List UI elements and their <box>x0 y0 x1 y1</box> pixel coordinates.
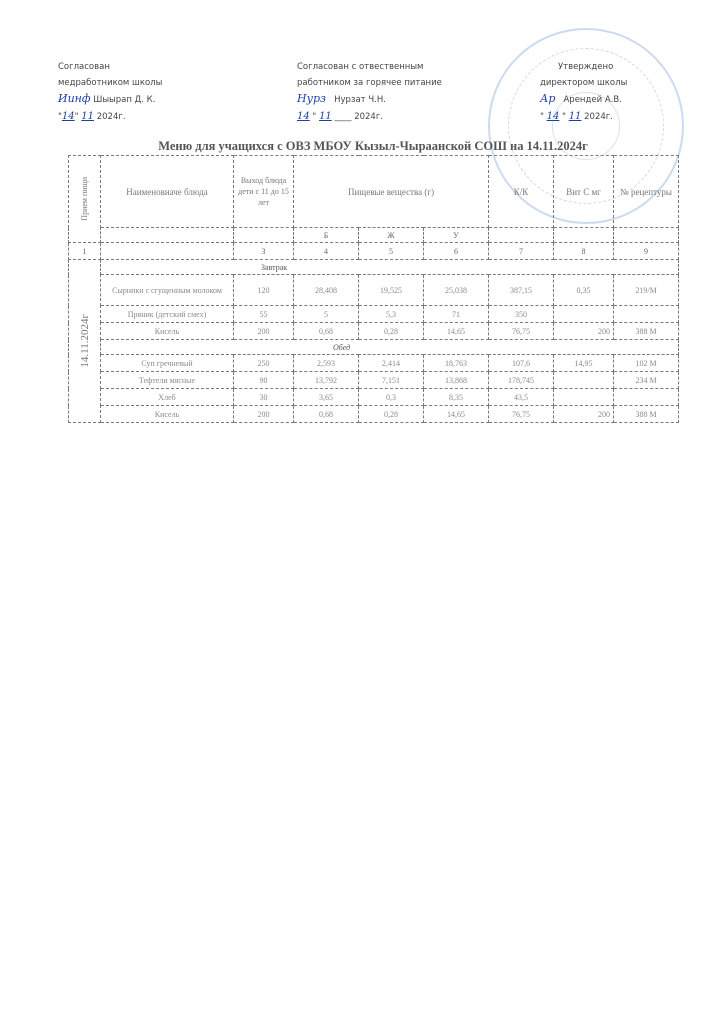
approver-name: Нурзат Ч.Н. <box>334 95 386 105</box>
portion: 120 <box>234 275 294 306</box>
menu-item-row: Кисель2000,680,2814,6576,75200388 М <box>69 323 679 340</box>
col-num: 8 <box>554 243 614 260</box>
approval-role: медработником школы <box>58 76 162 92</box>
nutrient-letters-row: Б Ж У <box>69 228 679 243</box>
recipe-number: 102 М <box>614 355 679 372</box>
meal-label: Завтрак <box>101 260 679 275</box>
menu-item-row: Тефтели мясные9013,7927,15113,868178,745… <box>69 372 679 389</box>
vitamin-c: 14,95 <box>554 355 614 372</box>
approval-month: 11 <box>81 111 94 122</box>
header-nutrients: Пищевые вещества (г) <box>294 156 489 228</box>
vitamin-c: 0,35 <box>554 275 614 306</box>
vitamin-c: 200 <box>554 406 614 423</box>
approval-year: 2024г. <box>354 112 383 122</box>
signature: Ар <box>540 92 555 105</box>
fat: 7,151 <box>359 372 424 389</box>
menu-item-row: Хлеб303,650,38,3543,5 <box>69 389 679 406</box>
kcal: 76,75 <box>489 323 554 340</box>
menu-item-row: Суп гречневый2502,5932,41418,763107,614,… <box>69 355 679 372</box>
kcal: 387,15 <box>489 275 554 306</box>
portion: 200 <box>234 323 294 340</box>
dish-name: Суп гречневый <box>101 355 234 372</box>
meal-section-row: Обед <box>69 340 679 355</box>
kcal: 350 <box>489 306 554 323</box>
menu-item-row: Сырники с сгущенным молоком12028,40819,5… <box>69 275 679 306</box>
fat: 2,414 <box>359 355 424 372</box>
protein: 13,792 <box>294 372 359 389</box>
approval-day: 14 <box>547 111 560 122</box>
header-row: Прием пищи Наименовиаче блюда Выход блюд… <box>69 156 679 228</box>
col-num: 5 <box>359 243 424 260</box>
approval-role: работником за горячее питание <box>297 76 442 92</box>
fat: 5,3 <box>359 306 424 323</box>
carbs: 25,038 <box>424 275 489 306</box>
kcal: 76,75 <box>489 406 554 423</box>
menu-title: Меню для учащихся с ОВЗ МБОУ Кызыл-Чыраа… <box>68 139 678 154</box>
portion: 30 <box>234 389 294 406</box>
header-recipe: № рецептуры <box>614 156 679 228</box>
protein: 5 <box>294 306 359 323</box>
col-num: 4 <box>294 243 359 260</box>
col-num: 9 <box>614 243 679 260</box>
nutrient-fat: Ж <box>359 228 424 243</box>
carbs: 13,868 <box>424 372 489 389</box>
vitamin-c <box>554 306 614 323</box>
dish-name: Тефтели мясные <box>101 372 234 389</box>
header-portion: Выход блюда дети с 11 до 15 лет <box>234 156 294 228</box>
recipe-number: 234 М <box>614 372 679 389</box>
vitamin-c <box>554 372 614 389</box>
approval-year: 2024г. <box>97 112 126 122</box>
approval-day: 14 <box>62 111 75 122</box>
recipe-number: 388 М <box>614 323 679 340</box>
recipe-number: 219/М <box>614 275 679 306</box>
portion: 200 <box>234 406 294 423</box>
col-num: 7 <box>489 243 554 260</box>
signature: Нурз <box>297 92 326 105</box>
approval-title: Утверждено <box>540 60 627 76</box>
nutrient-carbs: У <box>424 228 489 243</box>
fat: 19,525 <box>359 275 424 306</box>
meal-label: Обед <box>101 340 679 355</box>
approval-title: Согласован с отвественным <box>297 60 442 76</box>
dish-name: Кисель <box>101 323 234 340</box>
kcal: 107,6 <box>489 355 554 372</box>
approver-name: Шыырап Д. К. <box>93 95 155 105</box>
protein: 0,68 <box>294 406 359 423</box>
carbs: 71 <box>424 306 489 323</box>
approval-year: 2024г. <box>584 112 613 122</box>
carbs: 18,763 <box>424 355 489 372</box>
header-dish-name: Наименовиаче блюда <box>101 156 234 228</box>
kcal: 178,745 <box>489 372 554 389</box>
carbs: 14,65 <box>424 323 489 340</box>
menu-item-row: Кисель2000,680,2814,6576,75200388 М <box>69 406 679 423</box>
menu-table: Прием пищи Наименовиаче блюда Выход блюд… <box>68 155 679 423</box>
col-num: 1 <box>69 243 101 260</box>
recipe-number: 388 М <box>614 406 679 423</box>
protein: 2,593 <box>294 355 359 372</box>
fat: 0,28 <box>359 406 424 423</box>
protein: 0,68 <box>294 323 359 340</box>
carbs: 14,65 <box>424 406 489 423</box>
protein: 28,408 <box>294 275 359 306</box>
nutrient-protein: Б <box>294 228 359 243</box>
approval-month: 11 <box>319 111 332 122</box>
dish-name: Кисель <box>101 406 234 423</box>
approval-medical: Согласован медработником школы Иинф Шыыр… <box>58 60 162 125</box>
recipe-number <box>614 389 679 406</box>
menu-date: 14.11.2024г <box>69 260 101 423</box>
header-vitamin: Вит С мг <box>554 156 614 228</box>
header-kcal: К/К <box>489 156 554 228</box>
fat: 0,3 <box>359 389 424 406</box>
dish-name: Пряник (детский смех) <box>101 306 234 323</box>
dish-name: Хлеб <box>101 389 234 406</box>
column-numbers-row: 1 3 4 5 6 7 8 9 <box>69 243 679 260</box>
col-num: 6 <box>424 243 489 260</box>
col-num: 3 <box>234 243 294 260</box>
meal-section-row: 14.11.2024гЗавтрак <box>69 260 679 275</box>
approval-hot-meals: Согласован с отвественным работником за … <box>297 60 442 125</box>
header-meal-time: Прием пищи <box>69 156 101 243</box>
protein: 3,65 <box>294 389 359 406</box>
approver-name: Арендей А.В. <box>563 95 621 105</box>
approval-month: 11 <box>569 111 582 122</box>
recipe-number <box>614 306 679 323</box>
approval-director: Утверждено директором школы Ар Арендей А… <box>540 60 627 125</box>
approval-day: 14 <box>297 111 310 122</box>
col-num <box>101 243 234 260</box>
kcal: 43,5 <box>489 389 554 406</box>
signature: Иинф <box>58 92 91 105</box>
approval-title: Согласован <box>58 60 162 76</box>
approval-role: директором школы <box>540 76 627 92</box>
portion: 250 <box>234 355 294 372</box>
fat: 0,28 <box>359 323 424 340</box>
carbs: 8,35 <box>424 389 489 406</box>
menu-item-row: Пряник (детский смех)5555,371350 <box>69 306 679 323</box>
portion: 90 <box>234 372 294 389</box>
vitamin-c: 200 <box>554 323 614 340</box>
vitamin-c <box>554 389 614 406</box>
portion: 55 <box>234 306 294 323</box>
dish-name: Сырники с сгущенным молоком <box>101 275 234 306</box>
